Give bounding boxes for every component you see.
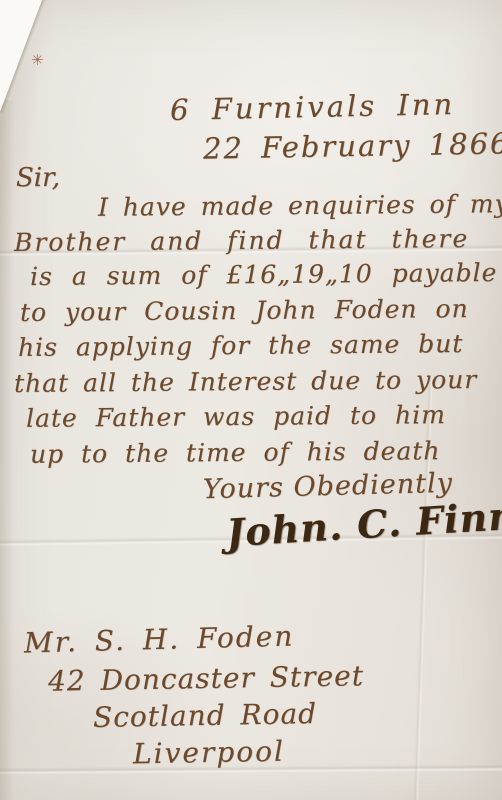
letter-body-line: up to the time of his death [30,436,441,469]
letter-heading-date: 22 February 1866 [203,126,502,165]
recipient-name: Mr. S. H. Foden [24,619,295,659]
recipient-street: 42 Doncaster Street [48,659,364,698]
letter-body-line: late Father was paid to him [26,400,446,433]
letter-body-line: Brother and find that there [14,224,469,257]
recipient-area: Scotland Road [93,697,318,734]
letter-body-line: I have made enquiries of my [98,189,502,222]
paper-edge-shading [0,100,14,800]
ink-spot-mark: ✳ [31,51,44,69]
letter-salutation: Sir, [16,163,60,193]
letter-heading-address: 6 Furnivals Inn [170,87,456,127]
letter-body-line: that all the Interest due to your [14,365,478,398]
letter-body-line: his applying for the same but [18,329,464,362]
letter-body-line: to your Cousin John Foden on [20,294,469,327]
recipient-city: Liverpool [133,735,285,771]
letter-paper: ✳ 6 Furnivals Inn 22 February 1866 Sir, … [0,0,502,800]
letter-scan: ✳ 6 Furnivals Inn 22 February 1866 Sir, … [0,0,502,800]
letter-body-line: is a sum of £16„19„10 payable [30,258,498,291]
